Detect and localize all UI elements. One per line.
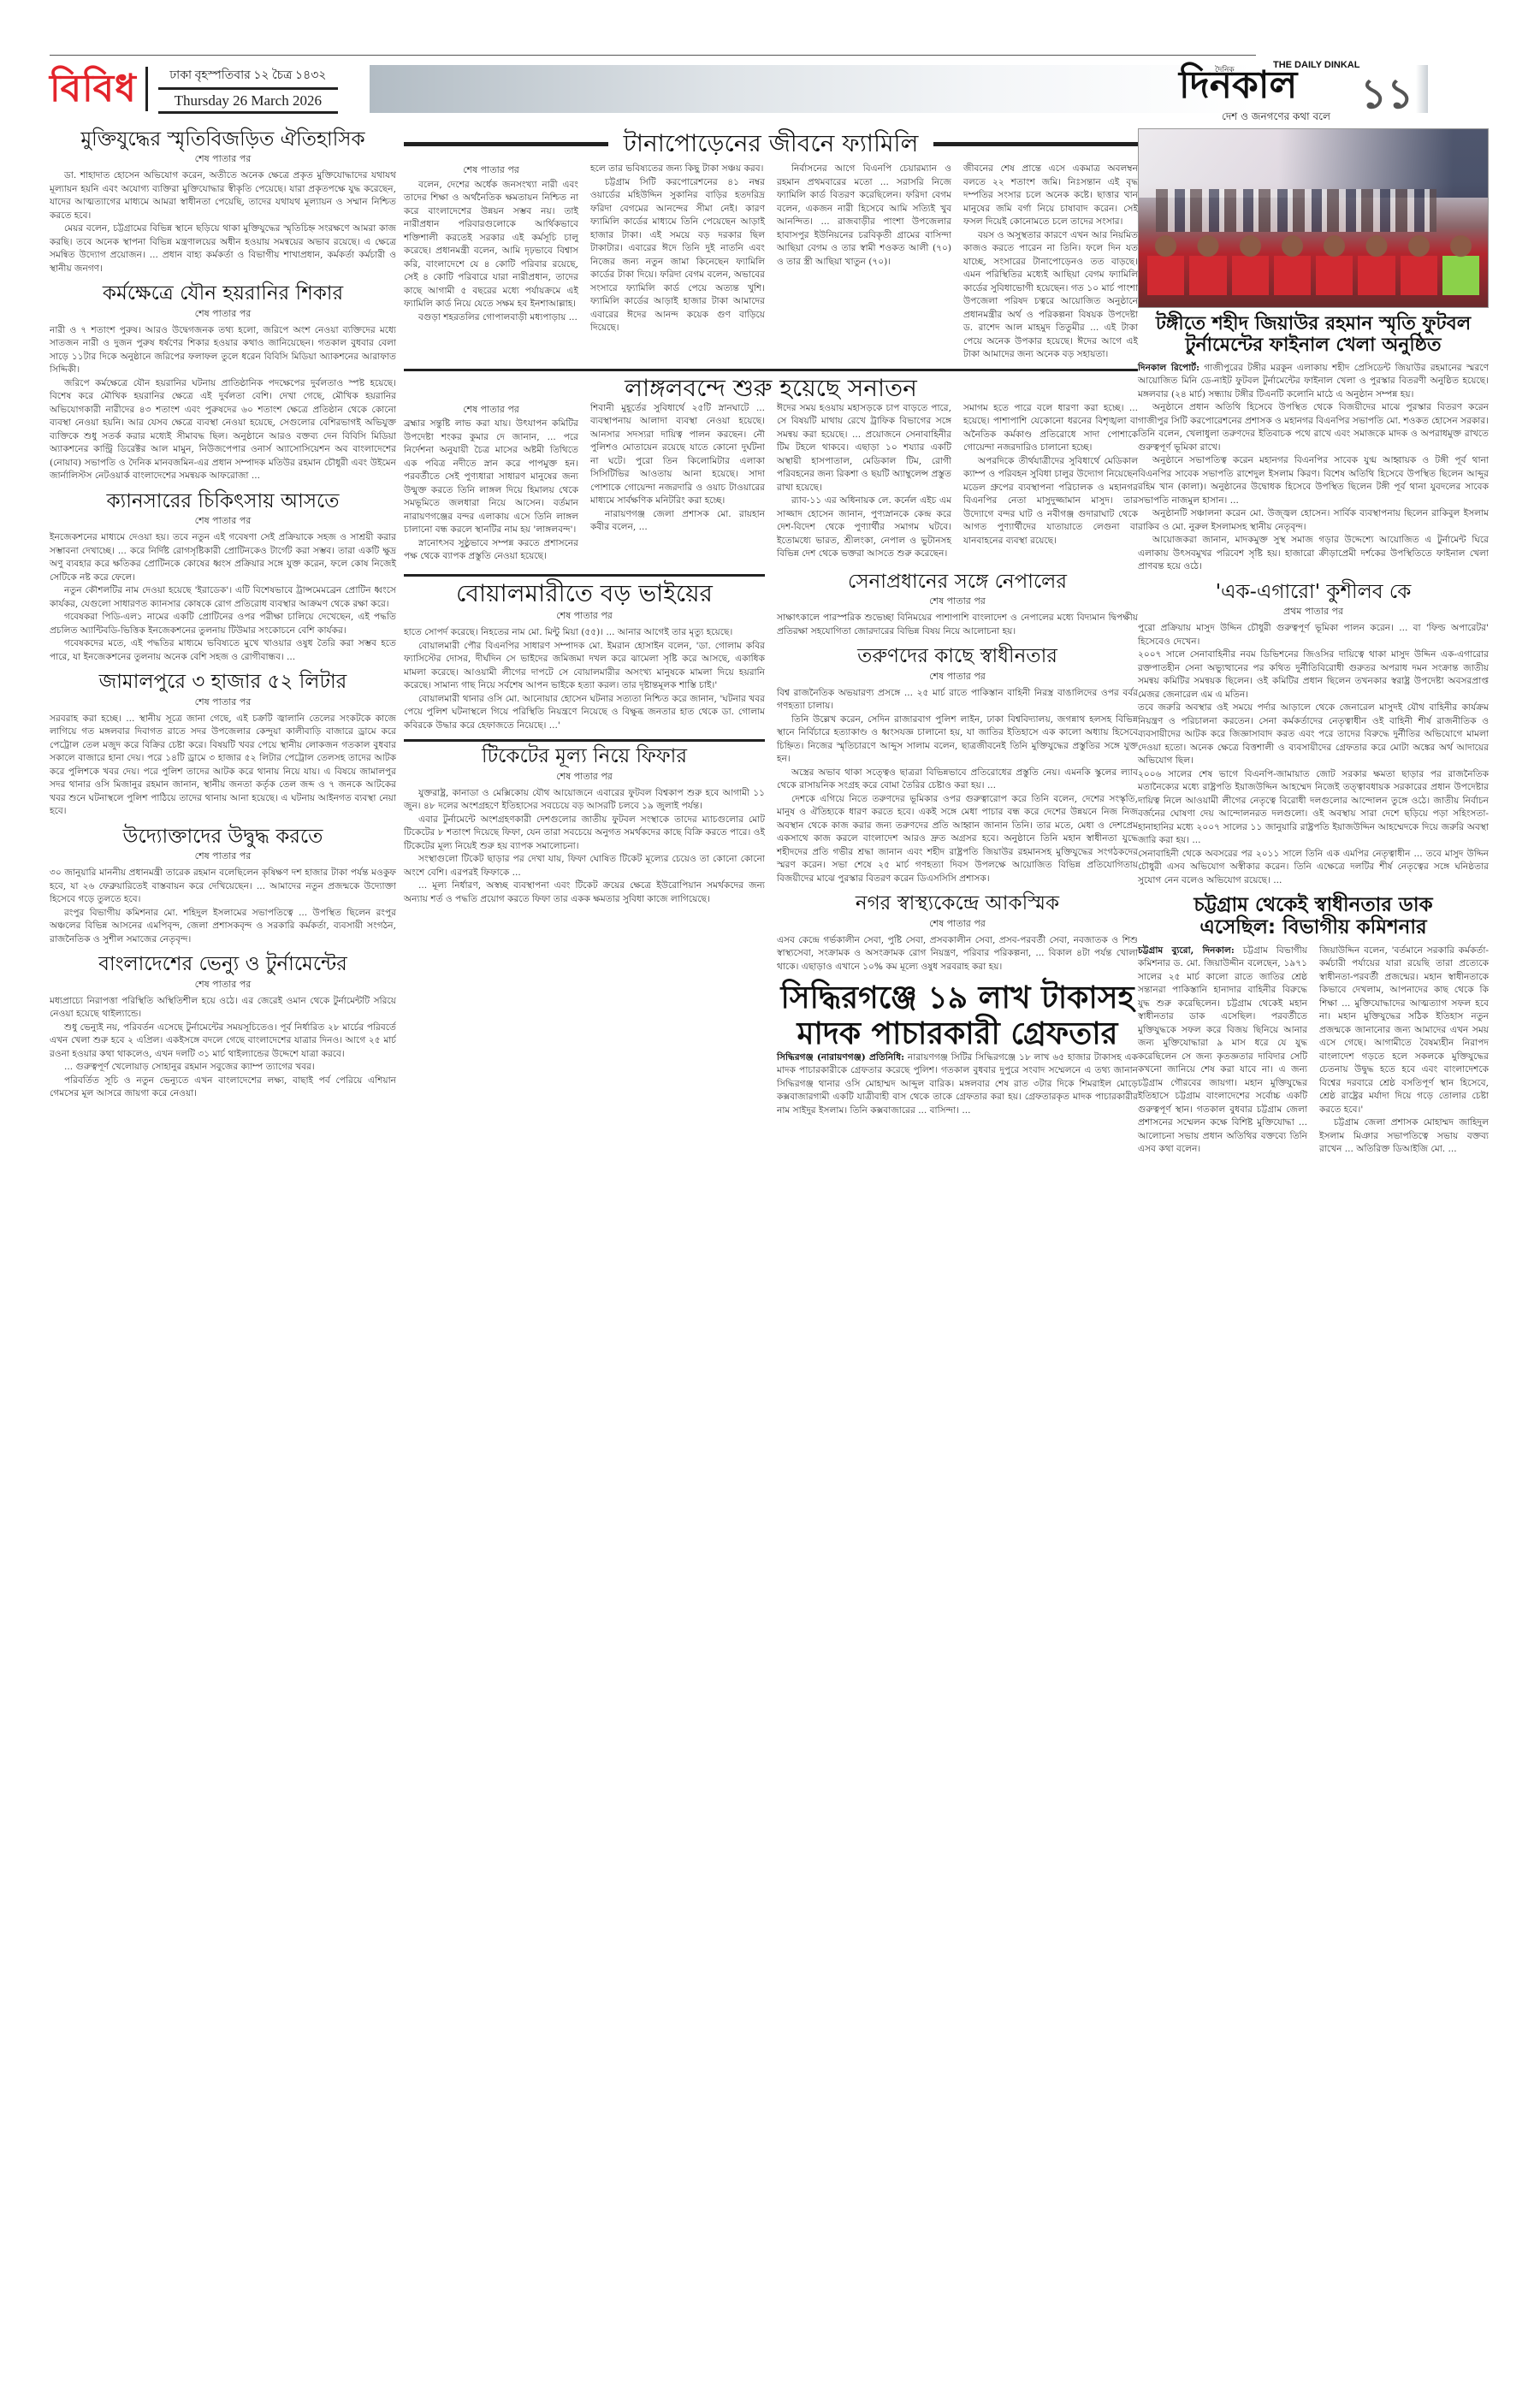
article-langalband: লাঙ্গলবন্দে শুরু হয়েছে সনাতন শেষ পাতার … <box>404 369 1138 564</box>
paragraph: দিনকাল রিপোর্ট: গাজীপুরের টঙ্গীর মরকুন এ… <box>1138 362 1489 402</box>
continued-label: শেষ পাতার পর <box>404 403 578 417</box>
paragraph: শুধু ভেন্যুই নয়, পরিবর্তন এসেছে টুর্নাম… <box>50 1021 396 1062</box>
article-headline-line1: চট্টগ্রাম থেকেই স্বাধীনতার ডাক <box>1138 894 1489 916</box>
paragraph: জিয়াউদ্দিন বলেন, 'বর্তমানে সরকারি কর্মক… <box>1319 944 1489 1117</box>
continued-label: শেষ পাতার পর <box>50 151 396 168</box>
middle-lower-left: বোয়ালমারীতে বড় ভাইয়ের শেষ পাতার পর হা… <box>404 571 765 1125</box>
article-siddhirganj-arrest: সিদ্ধিরগঞ্জে ১৯ লাখ টাকাসহ মাদক পাচারকার… <box>777 980 1138 1117</box>
paragraph: বোয়ালমারী থানার ওসি মো. আনোয়ার হোসেন ঘ… <box>404 693 765 733</box>
paragraph: পরিবর্তিত সূচি ও নতুন ভেন্যুতে এখন বাংলা… <box>50 1075 396 1101</box>
continued-label: শেষ পাতার পর <box>777 669 1138 685</box>
article-headline: উদ্যোক্তাদের উদ্বুদ্ধ করতে <box>50 826 396 848</box>
paper-name: দিনকাল <box>1179 67 1297 104</box>
article-youth-independence: তরুণদের কাছে স্বাধীনতার শেষ পাতার পর বিশ… <box>777 645 1138 885</box>
continued-label: শেষ পাতার পর <box>777 594 1138 610</box>
article-headline: 'এক-এগারো' কুশীলব কে <box>1138 581 1489 603</box>
text-column: জীবনের শেষ প্রান্তে এসে একমাত্র অবলম্বন … <box>963 163 1138 362</box>
text-column: শিবানী মুহূর্তের সুবিধার্থে ২৫টি স্নানঘা… <box>590 402 765 564</box>
article-urban-health-center: নগর স্বাস্থ্যকেন্দ্রে আকস্মিক শেষ পাতার … <box>777 892 1138 974</box>
article-body: পুরো প্রক্রিয়ায় মাসুদ উদ্দিন চৌধুরী গু… <box>1138 622 1489 887</box>
date-block: ঢাকা বৃহস্পতিবার ১২ চৈত্র ১৪৩২ Thursday … <box>158 65 338 114</box>
text-column: শেষ পাতার পর বলেন, দেশের অর্ধেক জনসংখ্যা… <box>404 163 578 362</box>
continued-label: শেষ পাতার পর <box>50 306 396 323</box>
paragraph: নির্বাসনের আগে বিএনপি চেয়ারম্যান ও রহমা… <box>777 163 951 269</box>
continued-label: শেষ পাতার পর <box>404 163 578 177</box>
continued-label: শেষ পাতার পর <box>50 695 396 711</box>
paragraph: ২০০৬ সালের শেষ ভাগে বিএনপি-জামায়াত জোট … <box>1138 768 1489 848</box>
photo-players-row <box>1147 235 1479 295</box>
article-one-eleven: 'এক-এগারো' কুশীলব কে প্রথম পাতার পর পুরো… <box>1138 581 1489 887</box>
article-body: শেষ পাতার পর ব্রহ্মার সন্তুষ্টি লাভ করা … <box>404 402 1138 564</box>
headline-row: টানাপোড়েনের জীবনে ফ্যামিলি <box>404 130 1138 157</box>
article-headline: ক্যানসারের চিকিৎসায় আসতে <box>50 490 396 512</box>
article-headline-line2: মাদক পাচারকারী গ্রেফতার <box>777 1016 1138 1051</box>
article-headline: টানাপোড়েনের জীবনে ফ্যামিলি <box>624 130 919 157</box>
photo-guests <box>1156 189 1436 232</box>
byline: দিনকাল রিপোর্ট: <box>1138 363 1199 373</box>
paragraph: নারী ও ৭ শতাংশ পুরুষ। আরও উদ্বেগজনক তথ্য… <box>50 324 396 377</box>
paragraph: মধ্যপ্রাচ্যে নিরাপত্তা পরিস্থিতি অস্থিতি… <box>50 995 396 1021</box>
text-column: চট্টগ্রাম ব্যুরো, দিনকাল: চট্টগ্রাম বিভা… <box>1138 944 1307 1157</box>
article-body: চট্টগ্রাম ব্যুরো, দিনকাল: চট্টগ্রাম বিভা… <box>1138 944 1489 1157</box>
article-body: ৩০ জানুয়ারি মাননীয় প্রধানমন্ত্রী তারেক… <box>50 867 396 946</box>
article-body: সিদ্ধিরগঞ্জ (নারায়ণগঞ্জ) প্রতিনিধি: নার… <box>777 1051 1138 1118</box>
article-body: সাক্ষাৎকালে পারস্পরিক শুভেচ্ছা বিনিময়ের… <box>777 612 1138 638</box>
article-body: হাতে সোপর্দ করেছে। নিহতের নাম মো. মিন্টু… <box>404 626 765 732</box>
paper-tagline: দেশ ও জনগণের কথা বলে <box>1222 110 1330 127</box>
article-boalmari: বোয়ালমারীতে বড় ভাইয়ের শেষ পাতার পর হা… <box>404 574 765 732</box>
paragraph: জীবনের শেষ প্রান্তে এসে একমাত্র অবলম্বন … <box>963 163 1138 229</box>
paragraph: বোয়ালমারী পৌর বিএনপির সাধারণ সম্পাদক মো… <box>404 640 765 693</box>
paragraph: ডা. শাহাদাত হোসেন অভিযোগ করেন, অতীতে অনে… <box>50 169 396 222</box>
article-workplace-harassment: কর্মক্ষেত্রে যৌন হয়রানির শিকার শেষ পাতা… <box>50 282 396 483</box>
player-figure <box>1401 235 1437 295</box>
article-tongi-football: টঙ্গীতে শহীদ জিয়াউর রহমান স্মৃতি ফুটবল … <box>1138 313 1489 574</box>
paragraph: আয়োজকরা জানান, মাদকমুক্ত সুস্থ সমাজ গড়… <box>1138 534 1489 574</box>
byline: চট্টগ্রাম ব্যুরো, দিনকাল: <box>1138 945 1235 956</box>
player-figure <box>1274 235 1311 295</box>
paragraph: নারায়ণগঞ্জ জেলা প্রশাসক মো. রায়হান কবী… <box>590 508 765 535</box>
article-body: এসব কেন্দ্রে গর্ভকালীন সেবা, পুষ্টি সেবা… <box>777 934 1138 974</box>
paragraph: ব্রহ্মার সন্তুষ্টি লাভ করা যায়। উৎযাপন … <box>404 417 578 537</box>
paragraph: জরিপে কর্মক্ষেত্রে যৌন হয়রানির ঘটনায় প… <box>50 377 396 483</box>
article-body: শেষ পাতার পর বলেন, দেশের অর্ধেক জনসংখ্যা… <box>404 163 1138 362</box>
paragraph: বলেন, দেশের অর্ধেক জনসংখ্যা নারী এবং তাদ… <box>404 179 578 311</box>
paragraph: সংস্থাগুলো টিকেট ছাড়ার পর দেখা যায়, ফি… <box>404 853 765 879</box>
byline: সিদ্ধিরগঞ্জ (নারায়ণগঞ্জ) প্রতিনিধি: <box>777 1052 904 1063</box>
masthead-rule <box>50 55 1256 56</box>
article-body: দিনকাল রিপোর্ট: গাজীপুরের টঙ্গীর মরকুন এ… <box>1138 362 1489 574</box>
article-headline: মুক্তিযুদ্ধের স্মৃতিবিজড়িত ঐতিহাসিক <box>50 128 396 151</box>
football-team-photo <box>1138 128 1489 308</box>
paragraph: সরবরাহ করা হচ্ছে। ... স্থানীয় সূত্রে জা… <box>50 713 396 819</box>
middle-lower-grid: বোয়ালমারীতে বড় ভাইয়ের শেষ পাতার পর হা… <box>404 571 1138 1125</box>
paragraph: বিশ্ব রাজনৈতিক অভয়ারণ্য প্রসঙ্গে ... ২৫… <box>777 687 1138 713</box>
paragraph: অপরদিকে তীর্থযাত্রীদের সুবিধার্থে মেডিকা… <box>963 455 1138 548</box>
paragraph: ২০০৭ সালে সেনাবাহিনীর নবম ডিভিশনের জিওসি… <box>1138 648 1489 702</box>
player-figure <box>1147 235 1184 295</box>
middle-column: টানাপোড়েনের জীবনে ফ্যামিলি শেষ পাতার পর… <box>404 128 1138 1124</box>
article-headline: জামালপুরে ৩ হাজার ৫২ লিটার <box>50 671 396 693</box>
player-figure <box>1442 235 1479 295</box>
paragraph: অনুষ্ঠানটি সঞ্চালনা করেন মো. উজ্জ্বল হোস… <box>1138 507 1489 534</box>
article-liberation-war-memorial: মুক্তিযুদ্ধের স্মৃতিবিজড়িত ঐতিহাসিক শেষ… <box>50 128 396 275</box>
paragraph: ... গুরুত্বপূর্ণ খেলোয়াড় সোহানুর রহমান… <box>50 1061 396 1075</box>
paragraph: বগুড়া শহরতলির গোপালবাড়ী মধ্যপাড়ায় ..… <box>404 311 578 325</box>
paragraph: অনুষ্ঠানে সভাপতিত্ব করেন মহানগর বিএনপির … <box>1138 454 1489 507</box>
player-figure <box>1189 235 1226 295</box>
page-number: ১১ <box>1360 63 1413 131</box>
continued-label: শেষ পাতার পর <box>777 916 1138 933</box>
paragraph: বয়স ও অসুস্থতার কারণে এখন আর নিয়মিত কা… <box>963 229 1138 362</box>
player-figure <box>1316 235 1353 295</box>
paragraph: এবার টুর্নামেন্টে অংশগ্রহণকারী দেশগুলোর … <box>404 814 765 854</box>
masthead-divider <box>145 67 148 111</box>
paragraph: তিনি উল্লেখ করেন, সেদিন রাজারবাগ পুলিশ ল… <box>777 713 1138 767</box>
text-column: নির্বাসনের আগে বিএনপি চেয়ারম্যান ও রহমা… <box>777 163 951 362</box>
paragraph: রংপুর বিভাগীয় কমিশনার মো. শহিদুল ইসলামে… <box>50 907 396 947</box>
paragraph: দেশকে এগিয়ে নিতে তরুণদের ভূমিকার ওপর গু… <box>777 793 1138 886</box>
paragraph: সমাগম হতে পারে বলে ধারণা করা হচ্ছে। ... … <box>963 402 1138 455</box>
article-body: ইনজেকশনের মাধ্যমে দেওয়া হয়। তবে নতুন এ… <box>50 531 396 664</box>
article-headline-line1: টঙ্গীতে শহীদ জিয়াউর রহমান স্মৃতি ফুটবল <box>1138 313 1489 335</box>
paragraph: গবেষকরা পিডি-এল১ নামের একটি প্রোটিনের ওপ… <box>50 611 396 637</box>
article-headline-line2: টুর্নামেন্টের ফাইনাল খেলা অনুষ্ঠিত <box>1138 335 1489 356</box>
paragraph: যুক্তরাষ্ট্র, কানাডা ও মেক্সিকোয় যৌথ আয… <box>404 787 765 814</box>
paragraph: হাতে সোপর্দ করেছে। নিহতের নাম মো. মিন্টু… <box>404 626 765 640</box>
paragraph: পুরো প্রক্রিয়ায় মাসুদ উদ্দিন চৌধুরী গু… <box>1138 622 1489 648</box>
continued-label: শেষ পাতার পর <box>50 977 396 993</box>
article-headline: তরুণদের কাছে স্বাধীনতার <box>777 645 1138 667</box>
continued-label: শেষ পাতার পর <box>50 513 396 530</box>
paragraph: নতুন কৌশলটির নাম দেওয়া হয়েছে 'ইরাডেক'।… <box>50 584 396 611</box>
section-masthead: বিবিধ ঢাকা বৃহস্পতিবার ১২ চৈত্র ১৪৩২ Thu… <box>50 62 338 116</box>
article-body: যুক্তরাষ্ট্র, কানাডা ও মেক্সিকোয় যৌথ আয… <box>404 787 765 907</box>
paragraph: সেনাবাহিনী থেকে অবসরের পর ২০১১ সালে তিনি… <box>1138 848 1489 888</box>
text-column: ঈদের সময় হওয়ায় মহাসড়কে চাপ বাড়তে পা… <box>777 402 951 564</box>
paragraph: চট্টগ্রাম সিটি করপোরেশনের ৪১ নম্বর ওয়ার… <box>590 176 765 335</box>
article-bangladesh-venue: বাংলাদেশের ভেন্যু ও টুর্নামেন্টের শেষ পা… <box>50 953 396 1100</box>
player-figure <box>1232 235 1269 295</box>
article-headline-line2: এসেছিল: বিভাগীয় কমিশনার <box>1138 916 1489 938</box>
text-column: সমাগম হতে পারে বলে ধারণা করা হচ্ছে। ... … <box>963 402 1138 564</box>
article-cancer-treatment: ক্যানসারের চিকিৎসায় আসতে শেষ পাতার পর ই… <box>50 490 396 664</box>
paragraph: তবে জরুরি অবস্থার ওই সময়ে পর্দার আড়ালে… <box>1138 702 1489 768</box>
article-entrepreneurs: উদ্যোক্তাদের উদ্বুদ্ধ করতে শেষ পাতার পর … <box>50 826 396 946</box>
paragraph: অস্ত্রের অভাব থাকা সত্ত্বেও ছাত্ররা বিভি… <box>777 767 1138 793</box>
paragraph: সিদ্ধিরগঞ্জ (নারায়ণগঞ্জ) প্রতিনিধি: নার… <box>777 1051 1138 1118</box>
article-body: মধ্যপ্রাচ্যে নিরাপত্তা পরিস্থিতি অস্থিতি… <box>50 995 396 1101</box>
article-body: নারী ও ৭ শতাংশ পুরুষ। আরও উদ্বেগজনক তথ্য… <box>50 324 396 483</box>
paragraph: ৩০ জানুয়ারি মাননীয় প্রধানমন্ত্রী তারেক… <box>50 867 396 907</box>
headline-rule <box>933 142 1138 146</box>
article-fifa-tickets: টিকেটের মূল্য নিয়ে ফিফার শেষ পাতার পর য… <box>404 739 765 906</box>
text-column: জিয়াউদ্দিন বলেন, 'বর্তমানে সরকারি কর্মক… <box>1319 944 1489 1157</box>
middle-lower-right: সেনাপ্রধানের সঙ্গে নেপালের শেষ পাতার পর … <box>777 571 1138 1125</box>
paragraph: চট্টগ্রাম জেলা প্রশাসক মোহাম্মদ জাহিদুল … <box>1319 1116 1489 1157</box>
paragraph: হলে তার ভবিষ্যতের জন্য কিছু টাকা সঞ্চয় … <box>590 163 765 176</box>
article-chattogram-commissioner: চট্টগ্রাম থেকেই স্বাধীনতার ডাক এসেছিল: ব… <box>1138 894 1489 1157</box>
paragraph: স্নানোৎসব সুষ্ঠুভাবে সম্পন্ন করতে প্রশাস… <box>404 537 578 564</box>
article-body: ডা. শাহাদাত হোসেন অভিযোগ করেন, অতীতে অনে… <box>50 169 396 275</box>
article-army-chief-nepal: সেনাপ্রধানের সঙ্গে নেপালের শেষ পাতার পর … <box>777 571 1138 638</box>
continued-label: শেষ পাতার পর <box>404 608 765 625</box>
paragraph: ... মূল্য নির্ধারণ, অস্বচ্ছ ব্যবস্থাপনা … <box>404 879 765 906</box>
article-headline: কর্মক্ষেত্রে যৌন হয়রানির শিকার <box>50 282 396 305</box>
article-family-card: টানাপোড়েনের জীবনে ফ্যামিলি শেষ পাতার পর… <box>404 130 1138 362</box>
paragraph: গবেষকদের মতে, এই পদ্ধতির মাধ্যমে ভবিষ্যত… <box>50 637 396 664</box>
paragraph: এসব কেন্দ্রে গর্ভকালীন সেবা, পুষ্টি সেবা… <box>777 934 1138 974</box>
masthead-banner <box>370 65 1256 113</box>
paragraph: ইনজেকশনের মাধ্যমে দেওয়া হয়। তবে নতুন এ… <box>50 531 396 584</box>
article-headline-line1: সিদ্ধিরগঞ্জে ১৯ লাখ টাকাসহ <box>777 980 1138 1015</box>
paragraph-text: চট্টগ্রাম বিভাগীয় কমিশনার ড. মো. জিয়াউ… <box>1138 945 1307 1155</box>
right-column: টঙ্গীতে শহীদ জিয়াউর রহমান স্মৃতি ফুটবল … <box>1138 128 1489 1163</box>
article-headline: নগর স্বাস্থ্যকেন্দ্রে আকস্মিক <box>777 892 1138 915</box>
paragraph: ঈদের সময় হওয়ায় মহাসড়কে চাপ বাড়তে পা… <box>777 402 951 495</box>
article-body: বিশ্ব রাজনৈতিক অভয়ারণ্য প্রসঙ্গে ... ২৫… <box>777 687 1138 886</box>
date-bengali: ঢাকা বৃহস্পতিবার ১২ চৈত্র ১৪৩২ <box>158 65 338 90</box>
date-english: Thursday 26 March 2026 <box>158 90 338 114</box>
continued-label: শেষ পাতার পর <box>50 849 396 865</box>
article-headline: সেনাপ্রধানের সঙ্গে নেপালের <box>777 571 1138 593</box>
continued-label: শেষ পাতার পর <box>404 769 765 785</box>
article-headline: বাংলাদেশের ভেন্যু ও টুর্নামেন্টের <box>50 953 396 975</box>
headline-rule <box>404 142 608 146</box>
paragraph: র‍্যাব-১১ এর অধিনায়ক লে. কর্নেল এইচ এম … <box>777 494 951 561</box>
page-number-strip <box>1416 65 1428 113</box>
player-figure <box>1358 235 1395 295</box>
article-jamalpur-petrol: জামালপুরে ৩ হাজার ৫২ লিটার শেষ পাতার পর … <box>50 671 396 818</box>
photo-stage-backdrop <box>1139 129 1488 198</box>
paragraph: সাক্ষাৎকালে পারস্পরিক শুভেচ্ছা বিনিময়ের… <box>777 612 1138 638</box>
text-column: হলে তার ভবিষ্যতের জন্য কিছু টাকা সঞ্চয় … <box>590 163 765 362</box>
left-column: মুক্তিযুদ্ধের স্মৃতিবিজড়িত ঐতিহাসিক শেষ… <box>50 128 396 1108</box>
article-headline: বোয়ালমারীতে বড় ভাইয়ের <box>404 580 765 607</box>
paragraph: শিবানী মুহূর্তের সুবিধার্থে ২৫টি স্নানঘা… <box>590 402 765 508</box>
continued-label: প্রথম পাতার পর <box>1138 604 1489 620</box>
article-body: সরবরাহ করা হচ্ছে। ... স্থানীয় সূত্রে জা… <box>50 713 396 819</box>
article-headline: টিকেটের মূল্য নিয়ে ফিফার <box>404 745 765 767</box>
section-logo: বিবিধ <box>50 70 137 108</box>
article-headline: লাঙ্গলবন্দে শুরু হয়েছে সনাতন <box>404 375 1138 402</box>
paragraph: অনুষ্ঠানে প্রধান অতিথি হিসেবে উপস্থিত থে… <box>1138 401 1489 454</box>
text-column: শেষ পাতার পর ব্রহ্মার সন্তুষ্টি লাভ করা … <box>404 402 578 564</box>
newspaper-logo: দৈনিক THE DAILY DINKAL দিনকাল দেশ ও জনগণ… <box>1179 58 1384 127</box>
paragraph: মেয়র বলেন, চট্টগ্রামের বিভিন্ন স্থানে ছ… <box>50 222 396 275</box>
